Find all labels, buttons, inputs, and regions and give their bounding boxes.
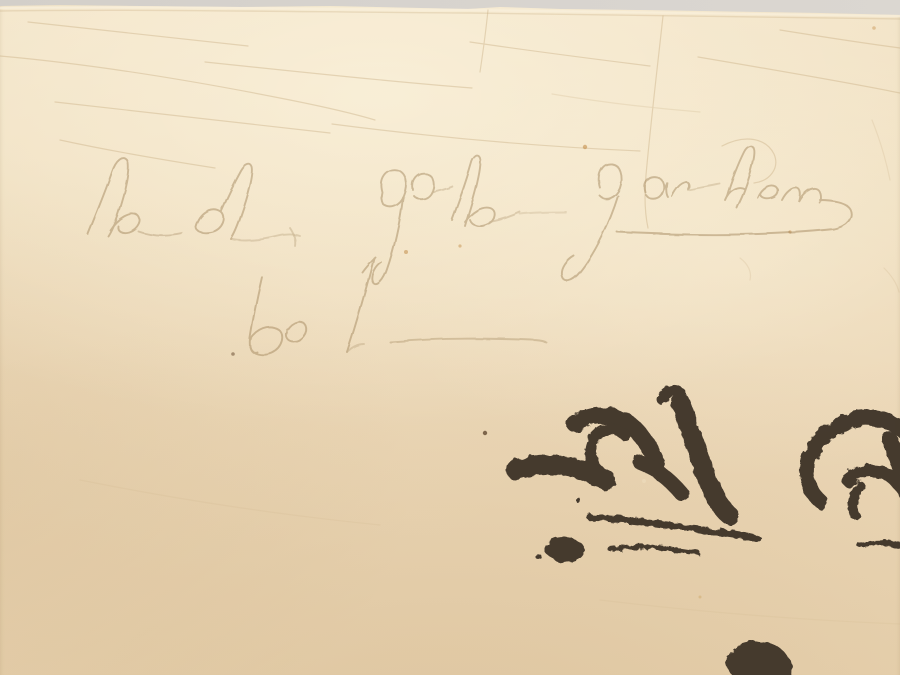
paper-fleck [642, 479, 646, 483]
crease-line [780, 30, 900, 48]
inscription-line2 [250, 257, 546, 355]
crease-line [470, 42, 650, 66]
ink-stroke [610, 547, 698, 553]
pencil-stroke [390, 339, 546, 342]
speck [699, 596, 702, 599]
pencil-stroke [520, 212, 566, 214]
pencil-stroke [672, 182, 689, 196]
ink-stroke [860, 542, 900, 547]
pencil-stroke [372, 198, 403, 284]
speck [483, 431, 487, 435]
crease-line [872, 120, 890, 180]
pencil-stroke [617, 200, 851, 235]
crease-line [740, 258, 751, 280]
crease-line [698, 57, 900, 93]
crease-line [884, 268, 899, 292]
artwork-overlay [0, 0, 900, 675]
pencil-stroke [782, 188, 821, 203]
ink-character-center [516, 390, 760, 553]
paper-edge [0, 7, 900, 19]
crease-line [60, 140, 215, 168]
ink-stroke [853, 486, 860, 515]
speck [404, 250, 408, 254]
crease-line [480, 10, 488, 72]
pencil-stroke [231, 235, 300, 241]
crease-line [0, 56, 375, 120]
pencil-stroke [432, 186, 452, 192]
speck [458, 244, 461, 247]
speck [872, 26, 876, 30]
ink-stroke [640, 462, 682, 494]
pencil-stroke [452, 156, 480, 226]
pencil-stroke [758, 186, 778, 199]
pencil-stroke [138, 231, 182, 235]
crease-line [55, 102, 330, 133]
ink-stroke [516, 465, 606, 480]
crease-lines [0, 10, 900, 624]
pencil-stroke [290, 228, 295, 246]
ink-stroke [807, 426, 840, 501]
pencil-stroke [88, 158, 128, 236]
crease-line [80, 480, 380, 525]
pencil-stroke [727, 146, 754, 208]
ink-speck [576, 498, 581, 503]
ink-blob-bottom-partial [726, 641, 791, 675]
paper-edge-highlight [0, 7, 900, 16]
photograph [0, 0, 900, 675]
pencil-stroke [196, 210, 224, 233]
speck [583, 145, 587, 149]
ink-calligraphy [516, 390, 900, 553]
pencil-stroke [413, 174, 434, 200]
pencil-stroke [562, 196, 618, 281]
crease-line [600, 600, 900, 624]
pencil-stroke [644, 177, 664, 199]
ink-speck [535, 553, 541, 559]
crease-line [552, 94, 700, 112]
speck [231, 352, 235, 356]
pencil-stroke [599, 164, 622, 199]
pencil-stroke [250, 327, 283, 354]
pencil-stroke [347, 258, 374, 352]
pencil-stroke [286, 322, 306, 342]
crease-line [332, 124, 640, 151]
stain-specks [231, 26, 876, 598]
pencil-stroke [110, 214, 140, 233]
pencil-inscription [88, 146, 851, 355]
pencil-stroke [250, 277, 262, 352]
pencil-stroke [688, 184, 720, 190]
pencil-stroke [221, 164, 252, 239]
inscription-line1 [88, 146, 851, 284]
crease-line [28, 22, 248, 46]
ink-stroke [840, 418, 900, 431]
ink-blob [545, 537, 585, 562]
crease-line [205, 62, 472, 88]
ink-character-right-partial [807, 418, 900, 547]
